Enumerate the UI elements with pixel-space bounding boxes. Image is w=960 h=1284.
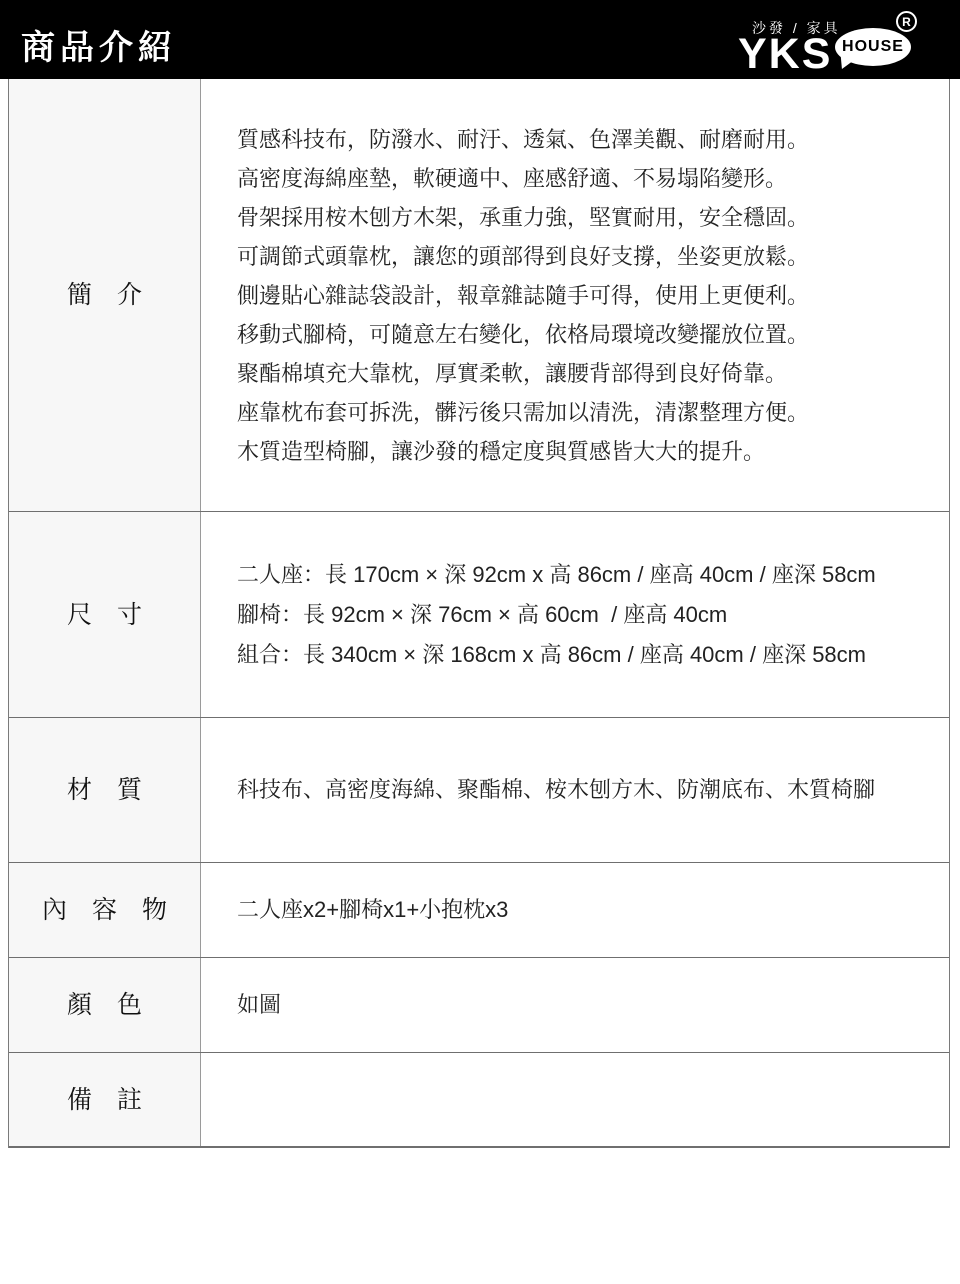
content-line: 科技布、高密度海綿、聚酯棉、桉木刨方木、防潮底布、木質椅腳 — [237, 770, 949, 810]
content-cell: 二人座x2+腳椅x1+小抱枕x3 — [201, 863, 949, 957]
brand-name: YKS — [738, 33, 832, 76]
row-label: 備 註 — [67, 1085, 142, 1115]
label-cell: 材 質 — [9, 718, 201, 862]
row-label: 簡 介 — [67, 280, 142, 310]
label-cell: 顏 色 — [9, 958, 201, 1052]
page: 商品介紹 沙發 / 家具 YKS HOUSE R 簡 介 質感科技布，防潑水、耐… — [0, 0, 960, 1284]
row-label: 顏 色 — [67, 990, 142, 1020]
content-line: 二人座：長 170cm × 深 92cm x 高 86cm / 座高 40cm … — [237, 555, 949, 595]
label-cell: 簡 介 — [9, 79, 201, 511]
content-line: 高密度海綿座墊，軟硬適中、座感舒適、不易塌陷變形。 — [237, 159, 949, 198]
content-line: 如圖 — [237, 985, 949, 1025]
content-cell — [201, 1053, 949, 1146]
header-bar: 商品介紹 沙發 / 家具 YKS HOUSE R — [0, 0, 960, 79]
content-line: 木質造型椅腳，讓沙發的穩定度與質感皆大大的提升。 — [237, 432, 949, 471]
content-line: 骨架採用桉木刨方木架，承重力強，堅實耐用，安全穩固。 — [237, 198, 949, 237]
content-line: 腳椅：長 92cm × 深 76cm × 高 60cm / 座高 40cm — [237, 595, 949, 635]
speech-bubble-icon: HOUSE — [835, 28, 911, 66]
table-row-contents: 內 容 物 二人座x2+腳椅x1+小抱枕x3 — [9, 863, 949, 958]
content-cell: 如圖 — [201, 958, 949, 1052]
row-label: 材 質 — [67, 775, 142, 805]
label-cell: 內 容 物 — [9, 863, 201, 957]
row-label: 內 容 物 — [42, 895, 167, 925]
content-cell: 質感科技布，防潑水、耐汙、透氣、色澤美觀、耐磨耐用。高密度海綿座墊，軟硬適中、座… — [201, 79, 949, 511]
content-line: 座靠枕布套可拆洗，髒污後只需加以清洗，清潔整理方便。 — [237, 393, 949, 432]
content-line: 可調節式頭靠枕，讓您的頭部得到良好支撐，坐姿更放鬆。 — [237, 237, 949, 276]
table-row-material: 材 質 科技布、高密度海綿、聚酯棉、桉木刨方木、防潮底布、木質椅腳 — [9, 718, 949, 863]
content-cell: 科技布、高密度海綿、聚酯棉、桉木刨方木、防潮底布、木質椅腳 — [201, 718, 949, 862]
table-row-intro: 簡 介 質感科技布，防潑水、耐汙、透氣、色澤美觀、耐磨耐用。高密度海綿座墊，軟硬… — [9, 79, 949, 512]
product-spec-table: 簡 介 質感科技布，防潑水、耐汙、透氣、色澤美觀、耐磨耐用。高密度海綿座墊，軟硬… — [8, 79, 950, 1148]
content-line: 移動式腳椅，可隨意左右變化，依格局環境改變擺放位置。 — [237, 315, 949, 354]
label-cell: 尺 寸 — [9, 512, 201, 717]
table-row-color: 顏 色 如圖 — [9, 958, 949, 1053]
brand-logo: 沙發 / 家具 YKS HOUSE R — [710, 0, 960, 79]
page-title: 商品介紹 — [21, 31, 177, 65]
registered-trademark-icon: R — [896, 11, 917, 32]
table-row-size: 尺 寸 二人座：長 170cm × 深 92cm x 高 86cm / 座高 4… — [9, 512, 949, 718]
row-label: 尺 寸 — [67, 600, 142, 630]
table-row-note: 備 註 — [9, 1053, 949, 1148]
content-line: 聚酯棉填充大靠枕，厚實柔軟，讓腰背部得到良好倚靠。 — [237, 354, 949, 393]
label-cell: 備 註 — [9, 1053, 201, 1146]
content-cell: 二人座：長 170cm × 深 92cm x 高 86cm / 座高 40cm … — [201, 512, 949, 717]
content-line: 側邊貼心雜誌袋設計，報章雜誌隨手可得，使用上更便利。 — [237, 276, 949, 315]
content-line: 組合：長 340cm × 深 168cm x 高 86cm / 座高 40cm … — [237, 635, 949, 675]
content-line: 質感科技布，防潑水、耐汙、透氣、色澤美觀、耐磨耐用。 — [237, 120, 949, 159]
content-line: 二人座x2+腳椅x1+小抱枕x3 — [237, 890, 949, 930]
